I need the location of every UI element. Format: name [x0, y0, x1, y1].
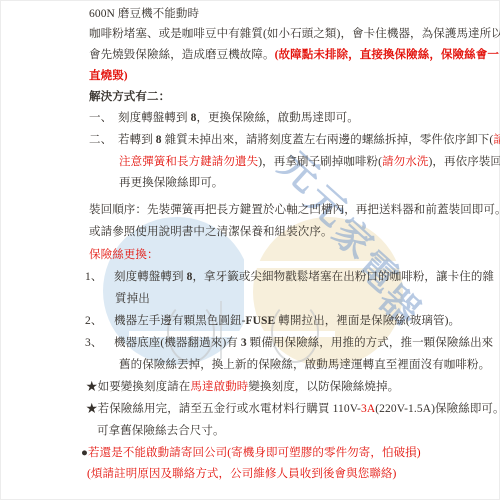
- text-segment: )，再拿刷子刷掉咖啡粉(: [258, 156, 382, 168]
- text-line: 2、機器左手邊有顆黑色圓鈕-FUSE 轉開拉出，裡面是保險絲(玻璃管)。: [85, 314, 460, 329]
- text-segment: 轉開拉出，裡面是保險絲(玻璃管)。: [275, 315, 460, 327]
- text-segment: FUSE: [246, 315, 276, 327]
- text-segment: 可拿舊保險絲去合尺寸。: [97, 425, 225, 437]
- list-number: 3、: [85, 336, 114, 351]
- list-number: 二、: [89, 133, 118, 148]
- text-segment: )，再依序裝回，: [428, 156, 500, 168]
- text-line: 舊的保險絲丟掉，換上新的保險絲，啟動馬達運轉直至裡面沒有咖啡粉。: [119, 358, 490, 373]
- text-segment: 刻度轉盤轉到: [118, 112, 191, 124]
- text-line: 3、機器底座(機器翻過來)有 3 顆備用保險絲，用推的方式，推一顆保險絲出來: [85, 336, 493, 351]
- text-segment: 裝回順序：先裝彈簧再把長方鍵置於心軸之凹槽內，再把送料器和前蓋裝回即可。: [89, 204, 500, 216]
- text-segment: ，拿牙籤或尖細物戳鬆堵塞在出粉口的咖啡粉，讓卡住的雜: [192, 271, 494, 283]
- document-text: 600N 磨豆機不能動時咖啡粉堵塞、或是咖啡豆中有雜質(如小石頭之類)，會卡住機…: [1, 1, 499, 499]
- list-number: 一、: [89, 111, 118, 126]
- document-page: 元元家電器 600N 磨豆機不能動時咖啡粉堵塞、或是咖啡豆中有雜質(如小石頭之類…: [0, 0, 500, 500]
- text-segment: 注意彈簧和長方鍵請勿遺失: [119, 156, 258, 168]
- text-segment: 咖啡粉堵塞、或是咖啡豆中有雜質(如小石頭之類)，會卡住機器，為保護馬達所以: [89, 28, 500, 40]
- text-segment: 顆備用保險絲，用推的方式，推一顆保險絲出來: [247, 337, 494, 349]
- text-segment: 質掉出: [115, 293, 150, 305]
- text-line: 保險絲更換：: [89, 248, 159, 263]
- text-segment: 機器底座(機器翻過來)有: [114, 337, 241, 349]
- text-line: 咖啡粉堵塞、或是咖啡豆中有雜質(如小石頭之類)，會卡住機器，為保護馬達所以: [89, 27, 500, 42]
- text-line: 1、刻度轉盤轉到 8，拿牙籤或尖細物戳鬆堵塞在出粉口的咖啡粉，讓卡住的雜: [85, 270, 494, 285]
- text-segment: 舊的保險絲丟掉，換上新的保險絲，啟動馬達運轉直至裡面沒有咖啡粉。: [119, 359, 490, 371]
- text-line: ★若保險絲用完，請至五金行或水電材料行購買 110V-3A(220V-1.5A)…: [86, 402, 500, 417]
- text-segment: (煩請註明原因及聯絡方式，公司維修人員收到後會與您聯絡): [87, 468, 396, 480]
- text-segment: 若還是不能啟動請寄回公司(寄機身即可塑膠的零件勿寄，怕破損): [88, 447, 421, 459]
- list-number: 2、: [85, 314, 114, 329]
- text-line: 可拿舊保險絲去合尺寸。: [97, 424, 225, 439]
- text-line: 質掉出: [115, 292, 150, 307]
- text-line: 二、若轉到 8 雜質未掉出來，請將刻度蓋左右兩邊的螺絲拆掉，零件依序卸下(請: [89, 133, 500, 148]
- text-segment: ★若保險絲用完，請至五金行或水電材料行購買 110V-: [86, 403, 361, 415]
- text-line: 裝回順序：先裝彈簧再把長方鍵置於心軸之凹槽內，再把送料器和前蓋裝回即可。: [89, 203, 500, 218]
- text-segment: 馬達啟動時: [190, 381, 248, 393]
- text-segment: ★如要變換刻度請在: [86, 381, 190, 393]
- text-segment: 請: [493, 134, 500, 146]
- text-line: 再更換保險絲即可。: [119, 176, 223, 191]
- text-segment: ，更換保險絲，啟動馬達即可。: [196, 112, 358, 124]
- text-segment: (故障點未排除，直接換保險絲，保險絲會一: [275, 49, 499, 61]
- text-segment: 變換刻度，以防保險絲燒掉。: [248, 381, 399, 393]
- text-segment: 保險絲更換：: [89, 249, 159, 261]
- text-line: 會先燒毀保險絲，造成磨豆機故障。(故障點未排除，直接換保險絲，保險絲會一: [89, 48, 499, 63]
- text-segment: 解決方式有二：: [89, 91, 170, 103]
- text-line: 直燒毀): [89, 69, 128, 84]
- text-line: 解決方式有二：: [89, 90, 170, 105]
- text-segment: 或請參照使用說明書中之清潔保養和組裝次序。: [89, 226, 333, 238]
- text-segment: 請勿水洗: [382, 156, 428, 168]
- text-segment: 3A: [361, 403, 375, 415]
- text-line: 注意彈簧和長方鍵請勿遺失)，再拿刷子刷掉咖啡粉(請勿水洗)，再依序裝回，: [119, 155, 500, 170]
- text-segment: 若轉到: [118, 134, 156, 146]
- text-line: 或請參照使用說明書中之清潔保養和組裝次序。: [89, 225, 333, 240]
- text-segment: 再更換保險絲即可。: [119, 177, 223, 189]
- text-segment: 直燒毀): [89, 70, 128, 82]
- list-number: 1、: [85, 270, 114, 285]
- text-segment: 600N 磨豆機不能動時: [89, 8, 199, 20]
- text-line: (煩請註明原因及聯絡方式，公司維修人員收到後會與您聯絡): [87, 467, 396, 482]
- text-line: ●若還是不能啟動請寄回公司(寄機身即可塑膠的零件勿寄，怕破損): [81, 446, 421, 461]
- text-line: 600N 磨豆機不能動時: [89, 7, 199, 22]
- text-segment: 會先燒毀保險絲，造成磨豆機故障。: [89, 49, 275, 61]
- text-segment: (220V-1.5A)保險絲即可。: [375, 403, 500, 415]
- text-segment: ●: [81, 447, 88, 459]
- text-segment: 雜質未掉出來，請將刻度蓋左右兩邊的螺絲拆掉，零件依序卸下(: [162, 134, 494, 146]
- text-line: 一、刻度轉盤轉到 8，更換保險絲，啟動馬達即可。: [89, 111, 359, 126]
- text-segment: 刻度轉盤轉到: [114, 271, 187, 283]
- text-line: ★如要變換刻度請在馬達啟動時變換刻度，以防保險絲燒掉。: [86, 380, 399, 395]
- text-segment: 機器左手邊有顆黑色圓鈕-: [114, 315, 246, 327]
